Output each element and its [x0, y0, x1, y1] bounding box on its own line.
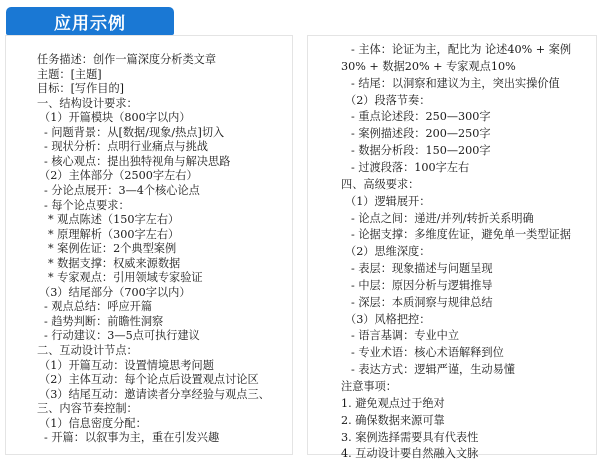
text-line: - 开篇：以叙事为主，重在引发兴趣: [44, 431, 219, 445]
text-line: - 问题背景：从[数据/现象/热点]切入: [44, 126, 224, 140]
text-line: * 专家观点：引用领域专家验证: [48, 271, 203, 285]
text-line: （2）思维深度：: [345, 245, 430, 259]
text-line: - 结尾：以洞察和建议为主，突出实操价值: [351, 77, 560, 91]
text-line: - 主体：论证为主，配比为 论述40% + 案例: [351, 43, 571, 57]
text-line: - 核心观点：提出独特视角与解决思路: [44, 155, 230, 169]
text-line: - 语言基调：专业中立: [351, 329, 459, 343]
text-line: - 数据分析段：150—200字: [351, 144, 491, 158]
text-line: * 案例佐证：2个典型案例: [48, 242, 176, 256]
text-line: 2. 确保数据来源可靠: [341, 414, 445, 428]
text-line: （2）主体部分（2500字左右）: [39, 169, 198, 183]
text-line: - 分论点展开：3—4个核心论点: [44, 184, 200, 198]
text-line: （3）风格把控：: [345, 313, 430, 327]
text-line: （1）开篇互动：设置情境思考问题: [39, 359, 214, 373]
text-line: 二、互动设计节点：: [37, 344, 138, 358]
text-line: 四、高级要求：: [341, 178, 419, 192]
text-line: 30% + 数据20% + 专家观点10%: [341, 60, 516, 74]
text-line: - 专业术语：核心术语解释到位: [351, 346, 504, 360]
text-line: - 案例描述段：200—250字: [351, 127, 491, 141]
text-line: （2）段落节奏：: [345, 94, 430, 108]
text-line: 目标：[写作目的]: [37, 82, 124, 96]
text-line: - 论据支撑：多维度佐证，避免单一类型证据: [351, 228, 571, 242]
section-title: 应用示例: [54, 9, 126, 34]
text-line: - 中层：原因分析与逻辑推导: [351, 279, 493, 293]
text-line: * 原理解析（300字左右）: [48, 228, 179, 242]
text-line: 任务描述：创作一篇深度分析类文章: [37, 53, 216, 67]
text-line: - 论点之间：递进/并列/转折关系明确: [351, 212, 534, 226]
example-panel-right: - 主体：论证为主，配比为 论述40% + 案例30% + 数据20% + 专家…: [307, 35, 597, 455]
text-line: - 行动建议：3—5点可执行建议: [44, 329, 200, 343]
text-line: （1）开篇模块（800字以内）: [39, 111, 191, 125]
text-line: 4. 互动设计要自然融入文脉: [341, 447, 478, 459]
text-line: 主题：[主题]: [37, 68, 102, 82]
text-line: - 重点论述段：250—300字: [351, 110, 491, 124]
text-line: - 过渡段落：100字左右: [351, 161, 469, 175]
text-line: - 趋势判断：前瞻性洞察: [44, 315, 163, 329]
text-line: * 数据支撑：权威来源数据: [48, 257, 180, 271]
text-line: （3）结尾部分（700字以内）: [39, 286, 191, 300]
text-line: （3）结尾互动：邀请读者分享经验与观点三、: [39, 388, 270, 402]
text-line: * 观点陈述（150字左右）: [48, 213, 179, 227]
text-line: （2）主体互动：每个论点后设置观点讨论区: [39, 373, 259, 387]
text-line: - 现状分析：点明行业痛点与挑战: [44, 140, 208, 154]
text-line: - 表达方式：逻辑严谨，生动易懂: [351, 363, 515, 377]
example-panel-left: 任务描述：创作一篇深度分析类文章主题：[主题]目标：[写作目的]一、结构设计要求…: [5, 35, 293, 455]
text-line: 三、内容节奏控制：: [37, 402, 138, 416]
text-line: 注意事项：: [341, 380, 397, 394]
text-line: - 表层：现象描述与问题呈现: [351, 262, 493, 276]
text-line: - 观点总结：呼应开篇: [44, 300, 152, 314]
text-line: - 深层：本质洞察与规律总结: [351, 296, 493, 310]
section-header-tab: 应用示例: [6, 7, 174, 35]
text-line: 一、结构设计要求：: [37, 97, 138, 111]
text-line: （1）信息密度分配：: [39, 417, 147, 431]
text-line: - 每个论点要求：: [44, 199, 130, 213]
text-line: （1）逻辑展开：: [345, 195, 430, 209]
text-line: 1. 避免观点过于绝对: [341, 397, 445, 411]
text-line: 3. 案例选择需要具有代表性: [341, 431, 478, 445]
